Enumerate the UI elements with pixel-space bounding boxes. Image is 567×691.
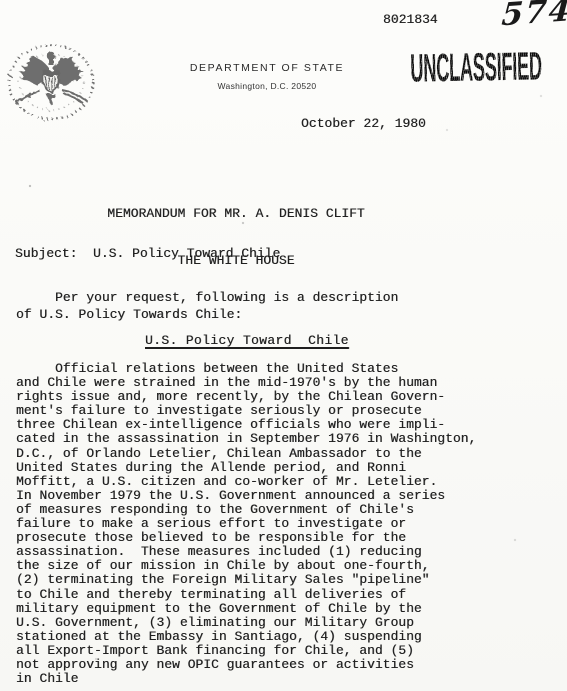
letterhead: DEPARTMENT OF STATE Washington, D.C. 205… <box>167 62 367 91</box>
handwritten-number: 5749 <box>500 0 567 33</box>
document-number: 8021834 <box>383 13 438 27</box>
unclassified-stamp: UNCLASSIFIED <box>410 50 567 80</box>
intro-paragraph: Per your request, following is a descrip… <box>16 290 398 323</box>
letterhead-agency: DEPARTMENT OF STATE <box>167 62 367 74</box>
subject-line: Subject: U.S. Policy Toward Chile <box>15 247 280 261</box>
memo-page: 8021834 5749 <box>0 0 567 691</box>
unclassified-stamp-text: UNCLASSIFIED <box>410 48 542 90</box>
section-heading: U.S. Policy Toward Chile <box>145 334 349 348</box>
memo-heading-line1: MEMORANDUM FOR MR. A. DENIS CLIFT <box>103 206 369 222</box>
letterhead-address: Washington, D.C. 20520 <box>167 81 367 91</box>
body-paragraph: Official relations between the United St… <box>16 362 476 686</box>
date-line: October 22, 1980 <box>301 117 426 131</box>
memo-heading: MEMORANDUM FOR MR. A. DENIS CLIFT THE WH… <box>103 175 369 299</box>
department-of-state-seal-icon <box>4 42 101 122</box>
